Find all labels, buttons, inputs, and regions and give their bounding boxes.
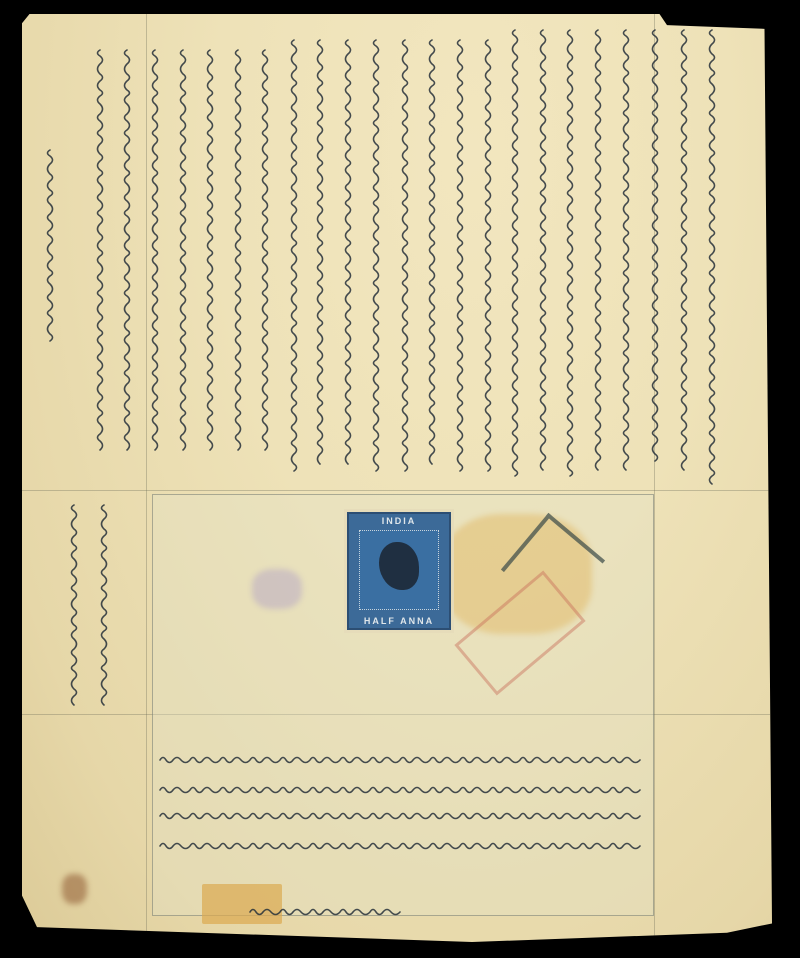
stamp-bottom-text: HALF ANNA bbox=[349, 616, 449, 626]
handwriting bbox=[0, 0, 800, 958]
postage-stamp: INDIA HALF ANNA bbox=[347, 512, 451, 630]
stamp-top-text: INDIA bbox=[349, 516, 449, 526]
